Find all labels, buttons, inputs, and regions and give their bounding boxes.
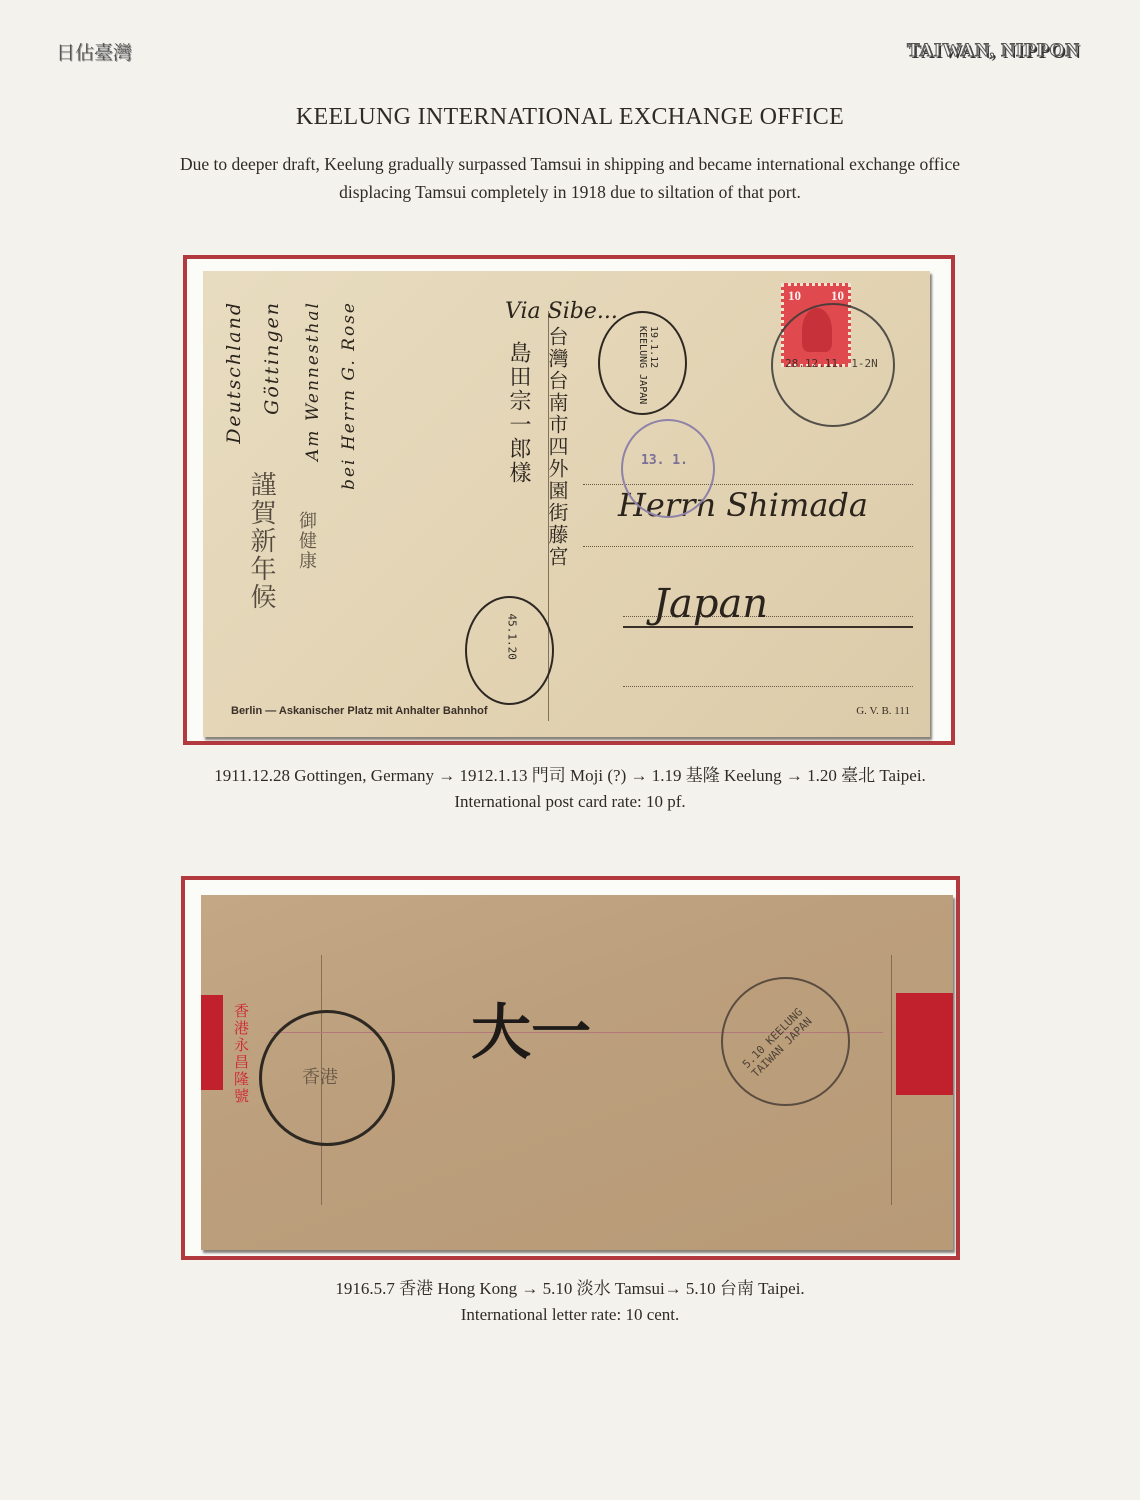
left-red-seal-strip	[201, 995, 223, 1090]
intro-line-2: displacing Tamsui completely in 1918 due…	[90, 178, 1050, 206]
keelung-receiving-postmark: 5.10 KEELUNG TAIWAN JAPAN	[721, 977, 850, 1106]
postcard-caption: 1911.12.28 Gottingen, Germany → 1912.1.1…	[0, 763, 1140, 815]
route-note-handwriting: Via Sibe...	[505, 299, 618, 324]
country-handwriting: Japan	[653, 581, 768, 627]
address-cjk-col2: 島田宗一郎樣	[503, 341, 534, 485]
gottingen-postmark: 28.12.11. 1-2N	[771, 303, 895, 427]
postcard-route-caption: 1911.12.28 Gottingen, Germany → 1912.1.1…	[0, 763, 1140, 789]
keelung-postmark-text: 19.1.12 KEELUNG JAPAN	[637, 326, 659, 406]
sender-handwriting-2: Göttingen	[261, 301, 283, 415]
keelung-receiving-postmark-text: 5.10 KEELUNG TAIWAN JAPAN	[740, 984, 836, 1080]
message-cjk-handwriting-2: 御健康	[293, 511, 319, 571]
stamp-value-right: 10	[831, 288, 844, 304]
sender-handwriting-4: bei Herrn G. Rose	[339, 301, 359, 490]
address-line-2	[583, 546, 913, 547]
violet-postmark-text: 13. 1.	[641, 453, 688, 468]
stamp-value-left: 10	[788, 288, 801, 304]
sender-handwriting-1: Deutschland	[223, 301, 245, 444]
address-line-4	[623, 686, 913, 687]
red-sender-chop: 香港永昌隆號	[231, 1003, 252, 1105]
taipei-postmark-text: 45.1.20	[506, 614, 519, 684]
postcard-rate-caption: International post card rate: 10 pf.	[0, 789, 1140, 815]
page-title: KEELUNG INTERNATIONAL EXCHANGE OFFICE	[0, 104, 1140, 131]
postcard-printed-caption: Berlin — Askanischer Platz mit Anhalter …	[231, 705, 488, 717]
envelope-route-caption: 1916.5.7 香港 Hong Kong → 5.10 淡水 Tamsui→ …	[0, 1276, 1140, 1302]
postcard-image: Via Sibe... Deutschland Göttingen Am Wen…	[203, 271, 930, 737]
message-cjk-handwriting: 謹賀新年候	[243, 471, 280, 611]
hongkong-postmark-text: 香港	[302, 1063, 338, 1089]
envelope-rate-caption: International letter rate: 10 cent.	[0, 1302, 1140, 1328]
envelope-right-flap-edge	[891, 955, 892, 1205]
violet-postmark: 13. 1.	[621, 419, 715, 518]
sender-handwriting-3: Am Wennesthal	[303, 301, 323, 461]
envelope-caption: 1916.5.7 香港 Hong Kong → 5.10 淡水 Tamsui→ …	[0, 1276, 1140, 1328]
intro-line-1: Due to deeper draft, Keelung gradually s…	[90, 150, 1050, 178]
brush-ink-mark: 大一	[471, 985, 591, 1071]
hongkong-postmark: 香港	[259, 1010, 395, 1146]
taipei-arrival-postmark: 45.1.20	[465, 596, 554, 705]
address-cjk-col1: 台灣台南市四外園街藤宮	[543, 326, 572, 568]
header-right-label: TAIWAN, NIPPON	[907, 40, 1080, 62]
envelope-image: 香港永昌隆號 香港 大一 5.10 KEELUNG TAIWAN JAPAN	[201, 895, 953, 1250]
intro-text: Due to deeper draft, Keelung gradually s…	[90, 150, 1050, 206]
right-red-seal-strip	[896, 993, 953, 1095]
postcard-mount-frame: Via Sibe... Deutschland Göttingen Am Wen…	[183, 255, 955, 745]
gottingen-postmark-date: 28.12.11. 1-2N	[785, 357, 878, 370]
keelung-transit-postmark: 19.1.12 KEELUNG JAPAN	[598, 311, 687, 415]
envelope-mount-frame: 香港永昌隆號 香港 大一 5.10 KEELUNG TAIWAN JAPAN	[181, 876, 960, 1260]
header-left-label: 日佔臺灣	[56, 38, 132, 65]
postcard-printer-code: G. V. B. 111	[856, 705, 910, 717]
